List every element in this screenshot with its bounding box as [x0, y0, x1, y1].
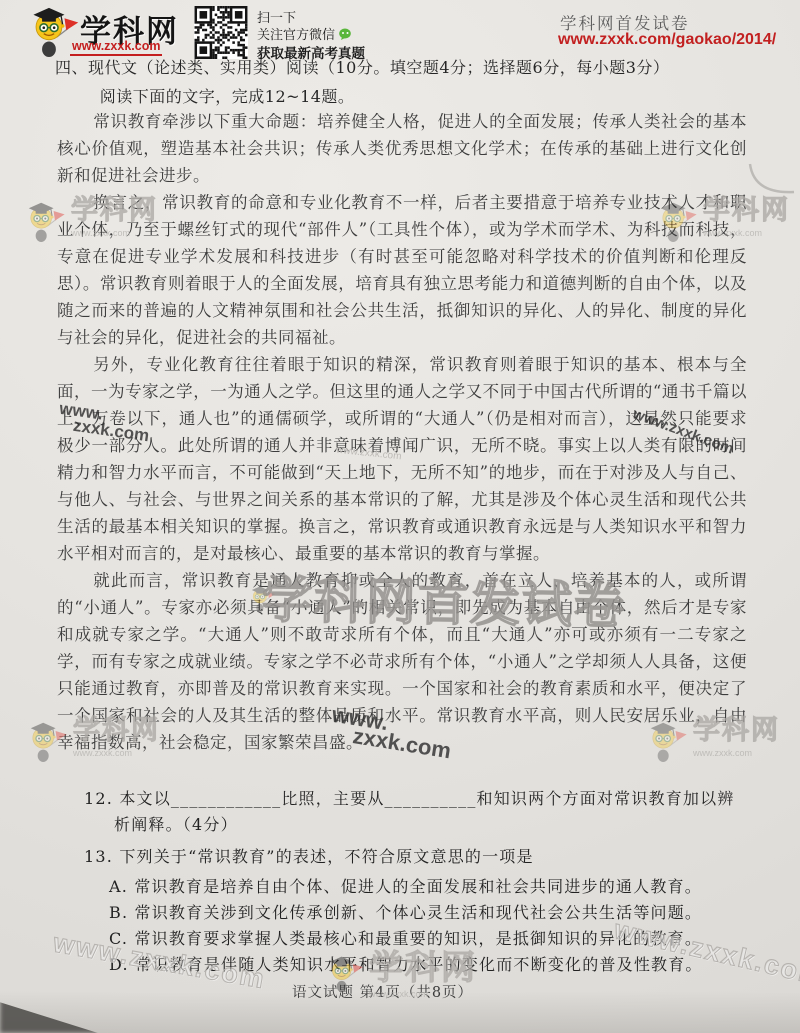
reading-passage: 常识教育牵涉以下重大命题：培养健全人格，促进人的全面发展；传承人类社会的基本核心… [57, 108, 747, 756]
watermark-site-bottom-center: 学科网 www.zxxk.com [328, 950, 477, 999]
watermark-url-text: www.zxxk.com [693, 748, 780, 758]
passage-paragraph-1: 常识教育牵涉以下重大命题：培养健全人格，促进人的全面发展；传承人类社会的基本核心… [57, 108, 747, 189]
watermark-url-text: www.zxxk.com [703, 228, 790, 238]
qr-caption-line2-text: 关注官方微信 [257, 27, 335, 42]
question-12: 12. 本文以____________比照，主要从__________和知识两个… [84, 786, 748, 838]
watermark-brand-text: 学科网 [71, 196, 158, 226]
zxxk-mascot-icon [28, 716, 68, 768]
site-logo-url: www.zxxk.com [70, 39, 162, 56]
watermark-url-text: www.zxxk.com [71, 228, 158, 238]
qr-caption-line3: 获取最新高考真题 [257, 42, 365, 62]
watermark-brand-text: 学科网 [73, 716, 160, 746]
scanned-exam-page: 学科网 www.zxxk.com 扫一下 关注官方微信 获取最新高考真题 学科网… [0, 0, 800, 1033]
passage-paragraph-2: 换言之，常识教育的命意和专业化教育不一样，后者主要措意于培养专业技术人才和职业个… [57, 189, 747, 351]
watermark-site-left-1: 学科网 www.zxxk.com [26, 196, 158, 248]
zxxk-mascot-icon [26, 196, 66, 248]
wechat-icon [339, 28, 352, 40]
reading-instruction: 阅读下面的文字，完成12~14题。 [55, 84, 655, 107]
section-heading: 四、现代文（论述类、实用类）阅读（10分。填空题4分；选择题6分，每小题3分） [55, 55, 747, 78]
watermark-brand-text: 学科网 [703, 196, 790, 226]
issue-url: www.zxxk.com/gaokao/2014/ [558, 31, 776, 49]
watermark-site-left-2: 学科网 www.zxxk.com [28, 716, 160, 768]
zxxk-mascot-icon [648, 716, 688, 768]
zxxk-mascot-icon [658, 196, 698, 248]
qr-code [194, 6, 248, 59]
watermark-site-right-2: 学科网 www.zxxk.com [648, 716, 780, 768]
watermark-brand-text: 学科网 [369, 950, 477, 987]
watermark-brand-text: 学科网 [693, 716, 780, 746]
option-a: A. 常识教育是培养自由个体、促进人的全面发展和社会共同进步的通人教育。 [109, 874, 748, 900]
qr-caption-line2: 关注官方微信 [257, 24, 352, 43]
watermark-banner: 学科网首发试卷 [261, 560, 626, 638]
question-13-stem: 13. 下列关于“常识教育”的表述，不符合原文意思的一项是 [84, 844, 748, 870]
watermark-url-text: www.zxxk.com [369, 989, 477, 999]
passage-paragraph-3: 另外，专业化教育往往着眼于知识的精深，常识教育则着眼于知识的基本、根本与全面，一… [57, 351, 747, 567]
watermark-url-text: www.zxxk.com [73, 748, 160, 758]
watermark-site-right-1: 学科网 www.zxxk.com [658, 196, 790, 248]
zxxk-mascot-icon [328, 950, 364, 998]
